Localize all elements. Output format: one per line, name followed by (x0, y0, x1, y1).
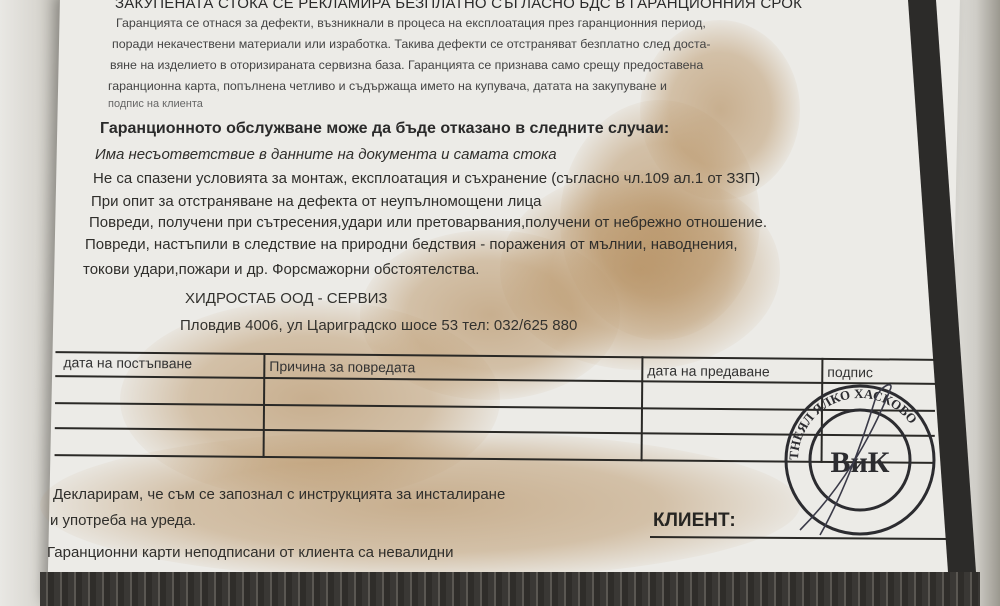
refusal-item: Не са спазени условията за монтаж, експл… (93, 170, 760, 187)
table-header-damage-reason: Причина за повредата (269, 358, 415, 375)
declaration-line: Декларирам, че съм се запознал с инструк… (53, 486, 505, 503)
refusal-item: токови удари,пожари и др. Форсмажорни об… (83, 261, 479, 278)
refusal-item: При опит за отстраняване на дефекта от н… (91, 193, 542, 210)
refusal-item: Има несъответствие в данните на документ… (95, 146, 557, 163)
intro-line: гаранционна карта, попълнена четливо и с… (108, 79, 667, 93)
company-stamp-icon: ТНЕЯЛ ЯЛКО ХАСКОВО ВиК (780, 380, 940, 540)
document-title: ЗАКУПЕНАТА СТОКА СЕ РЕКЛАМИРА БЕЗПЛАТНО … (115, 0, 802, 12)
intro-line: подпис на клиента (108, 98, 203, 110)
table-header-date-returned: дата на предаване (647, 362, 770, 379)
intro-line: поради некачествени материали или израбо… (112, 37, 711, 51)
table-header-date-received: дата на постъпване (63, 354, 192, 371)
refusal-item: Повреди, настъпили в следствие на природ… (85, 236, 738, 253)
refusal-item: Повреди, получени при сътресения,удари и… (89, 214, 767, 231)
table-header-signature: подпис (827, 364, 873, 380)
refusal-heading: Гаранционното обслужване може да бъде от… (100, 120, 669, 138)
service-company: ХИДРОСТАБ ООД - СЕРВИЗ (185, 290, 388, 307)
service-address: Пловдив 4006, ул Цариградско шосе 53 тел… (180, 317, 577, 334)
invalid-note: Гаранционни карти неподписани от клиента… (47, 544, 453, 561)
client-label: КЛИЕНТ: (653, 510, 736, 532)
declaration-line: и употреба на уреда. (50, 512, 196, 529)
intro-line: Гаранцията се отнася за дефекти, възникн… (116, 16, 706, 30)
intro-line: вяне на изделието в оторизираната сервиз… (110, 58, 703, 72)
